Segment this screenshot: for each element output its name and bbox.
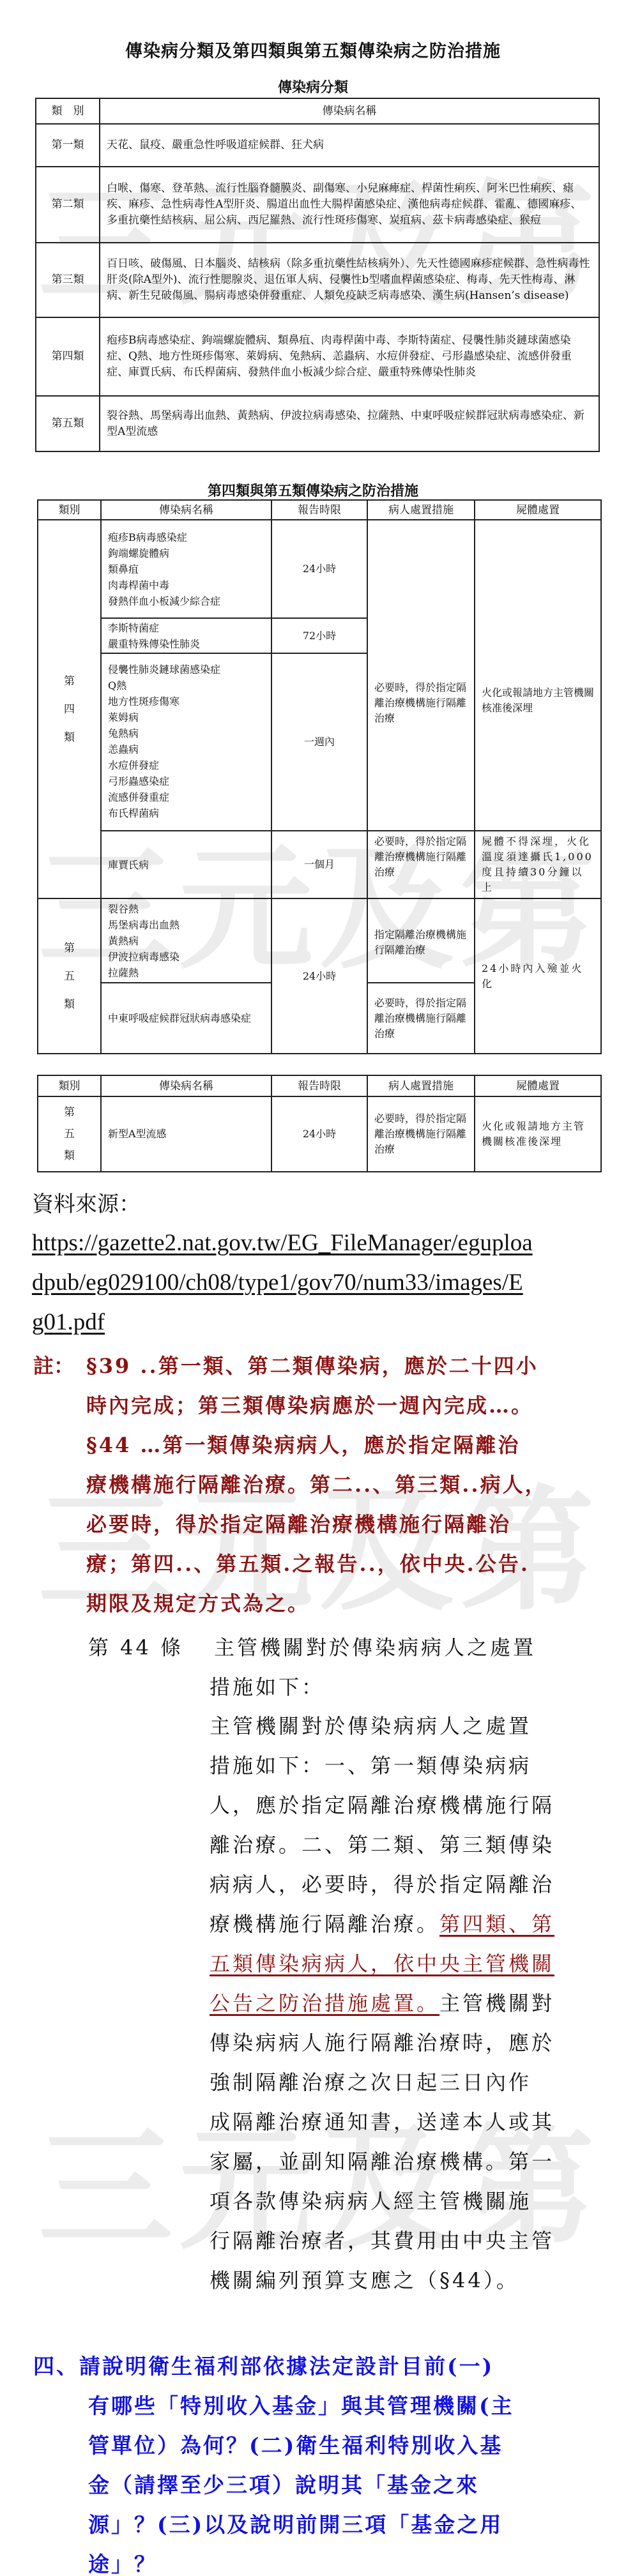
category-char: 類 [45,990,94,1019]
disease-item: 庫賈氏病 [108,857,264,873]
article-text-line: 病病人，必要時，得於指定隔離治 [210,1868,554,1898]
question-line: 四、請說明衛生福利部依據法定設計目前(一) [33,2350,494,2380]
category-cell: 第四類 [36,317,100,396]
article-text-line: 措施如下：一、第一類傳染病病 [210,1750,531,1779]
category-char: 類 [45,1145,94,1167]
header-category: 類別 [38,500,101,520]
disease-item: 侵襲性肺炎鏈球菌感染症 [108,662,264,678]
category-char: 五 [45,962,94,990]
report-deadline-cell: 72小時 [271,618,367,653]
category-cell: 第二類 [36,167,100,243]
table-row: 庫賈氏病 一個月 必要時，得於指定隔離治療機構施行隔離治療 屍體不得深埋，火化溫… [38,831,601,898]
disease-item: 伊波拉病毒感染 [108,949,264,965]
article-text-line: 機關編列預算支應之（§44）。 [210,2264,519,2294]
category-cell-class5: 第 五 類 [38,898,101,1054]
table-row: 第五類 裂谷熱、馬堡病毒出血熱、黃熱病、伊波拉病毒感染、拉薩熱、中東呼吸症候群冠… [36,396,599,451]
disease-item: 弓形蟲感染症 [108,773,264,789]
document-title: 傳染病分類及第四類與第五類傳染病之防治措施 [0,37,626,62]
article-text-line: 離治療。二、第二類、第三類傳染 [210,1829,554,1858]
source-link[interactable]: https://gazette2.nat.gov.tw/EG_FileManag… [32,1229,594,1257]
disease-item: 鉤端螺旋體病 [108,545,264,561]
diseases-cell: 百日咳、破傷風、日本腦炎、結核病（除多重抗藥性結核病外）、先天性德國麻疹症候群、… [100,243,599,317]
diseases-cell: 疱疹B病毒感染症 鉤端螺旋體病 類鼻疽 肉毒桿菌中毒 發熱伴血小板減少綜合症 [101,520,271,618]
patient-measure-cell: 必要時，得於指定隔離治療機構施行隔離治療 [367,983,475,1054]
source-link[interactable]: g01.pdf [32,1308,594,1336]
diseases-cell: 侵襲性肺炎鏈球菌感染症 Q熱 地方性斑疹傷寒 萊姆病 兔熱病 恙蟲病 水痘併發症… [101,653,271,831]
report-deadline-cell: 24小時 [271,898,367,1054]
diseases-cell: 白喉、傷寒、登革熱、流行性腦脊髓膜炎、副傷寒、小兒麻痺症、桿菌性痢疾、阿米巴性痢… [100,167,599,243]
table-row: 第四類 疱疹B病毒感染症、鉤端螺旋體病、類鼻疽、肉毒桿菌中毒、李斯特菌症、侵襲性… [36,317,599,396]
disease-item: 水痘併發症 [108,757,264,773]
category-cell: 第三類 [36,243,100,317]
disease-item: 拉薩熱 [108,965,264,981]
disease-item: 嚴重特殊傳染性肺炎 [108,636,264,652]
disease-item: 流感併發重症 [108,789,264,805]
header-disease-name: 傳染病名稱 [101,1075,271,1096]
note-line: §39 ..第一類、第二類傳染病，應於二十四小 [86,1350,538,1379]
report-deadline-cell: 24小時 [271,1096,367,1172]
category-cell: 第五類 [36,396,100,451]
header-category: 類 別 [36,98,100,124]
disease-item: 地方性斑疹傷寒 [108,693,264,709]
note-line: §44 …第一類傳染病病人，應於指定隔離治 [86,1429,520,1458]
note-line: 療；第四..、第五類.之報告..，依中央.公告. [86,1548,530,1577]
question-line: 源」？(三)以及說明前開三項「基金之用 [88,2508,503,2538]
category-char: 第 [45,1102,94,1123]
article-label: 第 44 條 [88,1632,183,1661]
source-link[interactable]: dpub/eg029100/ch08/type1/gov70/num33/ima… [32,1269,594,1296]
body-disposal-cell: 火化或報請地方主管機關核准後深埋 [475,520,601,831]
patient-measure-cell: 必要時，得於指定隔離治療機構施行隔離治療 [367,520,475,831]
influenza-table: 類別 傳染病名稱 報告時限 病人處置措施 屍體處置 第 五 類 新型A型流感 2… [37,1075,602,1172]
disease-item: 兔熱病 [108,725,264,741]
source-label: 資料來源： [32,1186,141,1218]
article-text-line: 家屬，並副知隔離治療機構。第一 [210,2146,554,2175]
report-deadline-cell: 一個月 [271,831,367,898]
diseases-cell: 庫賈氏病 [101,831,271,898]
question-line: 管單位）為何？(二)衛生福利特別收入基 [88,2429,503,2459]
category-char: 四 [45,695,94,724]
table-header-row: 類 別 傳染病名稱 [36,98,599,124]
disease-item: 馬堡病毒出血熱 [108,917,264,933]
patient-measure-cell: 必要時，得於指定隔離治療機構施行隔離治療 [367,831,475,898]
measures-caption: 第四類與第五類傳染病之防治措施 [0,480,626,500]
article-text-line: 療機構施行隔離治療。第四類、第 [210,1908,554,1937]
table-header-row: 類別 傳染病名稱 報告時限 病人處置措施 屍體處置 [38,500,601,520]
article-text-line: 傳染病病人施行隔離治療時，應於 [210,2027,554,2056]
header-body-disposal: 屍體處置 [475,500,601,520]
article-text-line: 五類傳染病病人，依中央主管機關 [210,1948,554,1977]
disease-item: 裂谷熱 [108,901,264,917]
article-text-line: 行隔離治療者，其費用由中央主管 [210,2225,554,2254]
header-body-disposal: 屍體處置 [475,1075,601,1096]
article-text-line: 成隔離治療通知書，送達本人或其 [210,2106,554,2135]
disease-item: 發熱伴血小板減少綜合症 [108,593,264,609]
article-text: 療機構施行隔離治療。 [210,1912,439,1936]
header-category: 類別 [38,1075,101,1096]
article-heading: 主管機關對於傳染病病人之處置 [214,1632,536,1661]
table-row: 第三類 百日咳、破傷風、日本腦炎、結核病（除多重抗藥性結核病外）、先天性德國麻疹… [36,243,599,317]
measures-table: 類別 傳染病名稱 報告時限 病人處置措施 屍體處置 第 四 類 疱疹B病毒感染症… [37,499,602,1054]
note-label: 註： [33,1350,74,1379]
table-row: 第 五 類 裂谷熱 馬堡病毒出血熱 黃熱病 伊波拉病毒感染 拉薩熱 24小時 指… [38,898,601,983]
category-cell-class4: 第 四 類 [38,520,101,898]
highlighted-text: 第四類、第 [439,1912,554,1936]
table-row: 第二類 白喉、傷寒、登革熱、流行性腦脊髓膜炎、副傷寒、小兒麻痺症、桿菌性痢疾、阿… [36,167,599,243]
note-line: 療機構施行隔離治療。第二..、第三類..病人， [86,1469,547,1498]
disease-item: 疱疹B病毒感染症 [108,529,264,545]
question-line: 金（請擇至少三項）說明其「基金之來 [88,2469,479,2499]
header-disease-name: 傳染病名稱 [101,500,271,520]
table-row: 第一類 天花、鼠疫、嚴重急性呼吸道症候群、狂犬病 [36,124,599,167]
note-line: 必要時，得於指定隔離治療機構施行隔離治 [86,1508,511,1538]
article-text-line: 主管機關對於傳染病病人之處置 [210,1710,531,1739]
article-text: 主管機關對 [439,1991,554,2015]
table-row: 第 五 類 新型A型流感 24小時 必要時，得於指定隔離治療機構施行隔離治療 火… [38,1096,601,1172]
category-cell: 第一類 [36,124,100,167]
category-char: 五 [45,1123,94,1145]
article-text-line: 公告之防治措施處置。主管機關對 [210,1987,554,2017]
article-text-line: 人，應於指定隔離治療機構施行隔 [210,1789,554,1819]
category-cell-class5: 第 五 類 [38,1096,101,1172]
diseases-cell: 天花、鼠疫、嚴重急性呼吸道症候群、狂犬病 [100,124,599,167]
classification-table: 類 別 傳染病名稱 第一類 天花、鼠疫、嚴重急性呼吸道症候群、狂犬病 第二類 白… [35,98,600,452]
category-char: 類 [45,724,94,752]
header-patient-measure: 病人處置措施 [367,500,475,520]
highlighted-text: 公告之防治措施處置。 [210,1991,439,2015]
disease-item: 李斯特菌症 [108,620,264,636]
diseases-cell: 疱疹B病毒感染症、鉤端螺旋體病、類鼻疽、肉毒桿菌中毒、李斯特菌症、侵襲性肺炎鏈球… [100,317,599,396]
header-report-deadline: 報告時限 [271,1075,367,1096]
body-disposal-cell: 火化或報請地方主管機關核准後深埋 [475,1096,601,1172]
article-heading: 措施如下： [210,1671,324,1701]
body-disposal-cell: 屍體不得深埋，火化溫度須達攝氏1,000度且持續30分鐘以上 [475,831,601,898]
disease-item: Q熱 [108,678,264,693]
disease-item: 布氏桿菌病 [108,805,264,821]
table-row: 第 四 類 疱疹B病毒感染症 鉤端螺旋體病 類鼻疽 肉毒桿菌中毒 發熱伴血小板減… [38,520,601,618]
question-line: 途」？ [88,2548,157,2576]
article-text-line: 強制隔離治療之次日起三日內作 [210,2066,531,2096]
table-header-row: 類別 傳染病名稱 報告時限 病人處置措施 屍體處置 [38,1075,601,1096]
header-disease-name: 傳染病名稱 [100,98,599,124]
disease-item: 萊姆病 [108,709,264,725]
disease-item: 恙蟲病 [108,741,264,757]
body-disposal-cell: 24小時內入殮並火化 [475,898,601,1054]
note-line: 時內完成；第三類傳染病應於一週內完成…。 [86,1390,533,1419]
category-char: 第 [45,667,94,695]
header-report-deadline: 報告時限 [271,500,367,520]
note-line: 期限及規定方式為之。 [86,1587,310,1617]
diseases-cell: 中東呼吸症候群冠狀病毒感染症 [101,983,271,1054]
diseases-cell: 李斯特菌症 嚴重特殊傳染性肺炎 [101,618,271,653]
patient-measure-cell: 指定隔離治療機構施行隔離治療 [367,898,475,983]
diseases-cell: 新型A型流感 [101,1096,271,1172]
classification-caption: 傳染病分類 [0,77,626,96]
disease-item: 類鼻疽 [108,561,264,577]
question-line: 有哪些「特別收入基金」與其管理機關(主 [88,2390,514,2420]
header-patient-measure: 病人處置措施 [367,1075,475,1096]
diseases-cell: 裂谷熱、馬堡病毒出血熱、黃熱病、伊波拉病毒感染、拉薩熱、中東呼吸症候群冠狀病毒感… [100,396,599,451]
category-char: 第 [45,934,94,962]
highlighted-text: 五類傳染病病人，依中央主管機關 [210,1951,554,1976]
diseases-cell: 裂谷熱 馬堡病毒出血熱 黃熱病 伊波拉病毒感染 拉薩熱 [101,898,271,983]
article-text-line: 項各款傳染病病人經主管機關施 [210,2185,531,2215]
patient-measure-cell: 必要時，得於指定隔離治療機構施行隔離治療 [367,1096,475,1172]
report-deadline-cell: 一週內 [271,653,367,831]
disease-item: 黃熱病 [108,933,264,949]
report-deadline-cell: 24小時 [271,520,367,618]
disease-item: 肉毒桿菌中毒 [108,577,264,593]
